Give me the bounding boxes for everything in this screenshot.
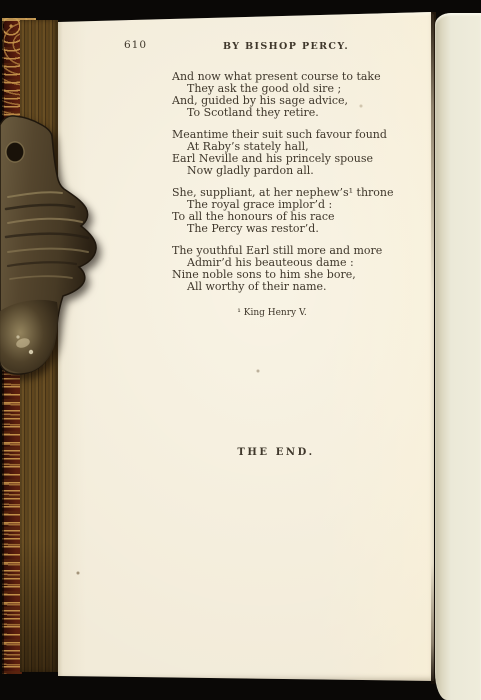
book-photo: 610 BY BISHOP PERCY. And now what presen… [0, 0, 481, 700]
poem-line: All worthy of their name. [187, 281, 394, 293]
footnote: ¹ King Henry V. [172, 308, 372, 318]
clasp-rivet-hole [6, 142, 24, 162]
book-clasp [0, 105, 100, 380]
poem-line: The Percy was restor’d. [187, 223, 394, 235]
poem-line: To Scotland they retire. [187, 107, 394, 119]
poem-line: Now gladly pardon all. [187, 165, 394, 177]
poem-stanza: She, suppliant, at her nephew’s¹ throne … [172, 187, 394, 235]
page-number: 610 [124, 39, 147, 51]
poem-text: And now what present course to take They… [172, 71, 394, 303]
poem-stanza: And now what present course to take They… [172, 71, 394, 119]
poem-stanza: The youthful Earl still more and more Ad… [172, 245, 394, 293]
clasp-knob-shade [0, 300, 58, 373]
end-marker: THE END. [181, 447, 371, 458]
running-header: BY BISHOP PERCY. [210, 41, 362, 52]
poem-stanza: Meantime their suit such favour found At… [172, 129, 394, 177]
next-page-edge [435, 13, 481, 700]
